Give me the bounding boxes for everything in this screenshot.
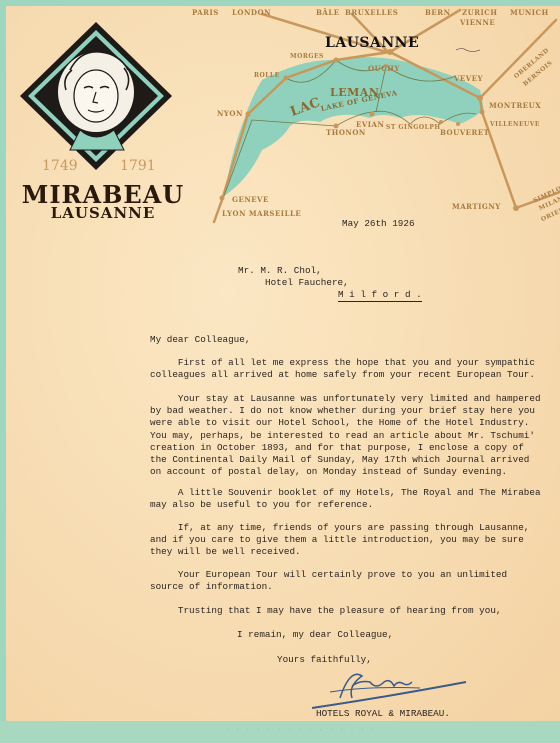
letter-date: May 26th 1926 <box>342 218 415 230</box>
map-label-munich: MUNICH <box>510 8 549 17</box>
bottom-border-strip: · · · · · · · · · · · · · · · <box>0 721 560 743</box>
map-label-lyon-marseille: LYON MARSEILLE <box>222 209 301 218</box>
hotel-city: LAUSANNE <box>18 204 188 222</box>
handwritten-signature <box>310 668 470 713</box>
salutation: My dear Colleague, <box>150 334 250 346</box>
paragraph-2: Your stay at Lausanne was unfortunately … <box>150 393 541 478</box>
map-label-thonon: THONON <box>326 128 366 137</box>
map-label-zurich: ZURICH <box>462 8 498 17</box>
map-label-bouveret: BOUVERET <box>440 128 489 137</box>
map-label-st-gingolph: ST GINGOLPH <box>386 124 441 131</box>
printer-mark: · · · · · · · · · · · · · · · <box>225 727 376 735</box>
map-label-martigny: MARTIGNY <box>452 202 501 211</box>
valediction: Yours faithfully, <box>277 654 372 666</box>
paragraph-5: Your European Tour will certainly prove … <box>150 569 507 593</box>
map-label-rolle: ROLLE <box>254 72 280 79</box>
paragraph-1: First of all let me express the hope tha… <box>150 357 535 381</box>
map-label-vienne: VIENNE <box>460 18 495 27</box>
paragraph-3: A little Souvenir booklet of my Hotels, … <box>150 487 541 511</box>
paragraph-6: Trusting that I may have the pleasure of… <box>150 605 501 617</box>
portrait-diamond-icon <box>0 0 200 180</box>
paragraph-4: If, at any time, friends of yours are pa… <box>150 522 529 559</box>
birth-year: 1749 <box>42 158 78 174</box>
death-year: 1791 <box>120 158 156 174</box>
map-label-vevey: VEVEY <box>454 74 483 83</box>
recipient-town: M i l f o r d . <box>338 289 422 302</box>
signatory: HOTELS ROYAL & MIRABEAU. <box>316 708 450 720</box>
map-label-geneve: GENEVE <box>232 195 269 204</box>
recipient-hotel: Hotel Fauchere, <box>265 277 349 289</box>
map-label-montreux: MONTREUX <box>489 101 541 110</box>
map-label-evian: EVIAN <box>356 120 384 129</box>
mirabeau-logo: 1749 1791 MIRABEAU LAUSANNE <box>0 0 200 230</box>
map-label-bruxelles: BRUXELLES <box>345 8 398 17</box>
map-label-bale: BÂLE <box>316 8 340 17</box>
map-label-morges: MORGES <box>290 53 324 60</box>
map-title: LAUSANNE <box>325 35 419 51</box>
map-label-nyon: NYON <box>217 109 243 118</box>
recipient-name: Mr. M. R. Chol, <box>238 265 322 277</box>
closing-line: I remain, my dear Colleague, <box>237 629 393 641</box>
map-label-bern: BERN <box>425 8 450 17</box>
map-label-ouchy: OUCHY <box>368 64 400 73</box>
map-label-villeneuve: VILLENEUVE <box>490 121 540 128</box>
map-label-paris: PARIS <box>192 8 219 17</box>
map-label-london: LONDON <box>232 8 271 17</box>
